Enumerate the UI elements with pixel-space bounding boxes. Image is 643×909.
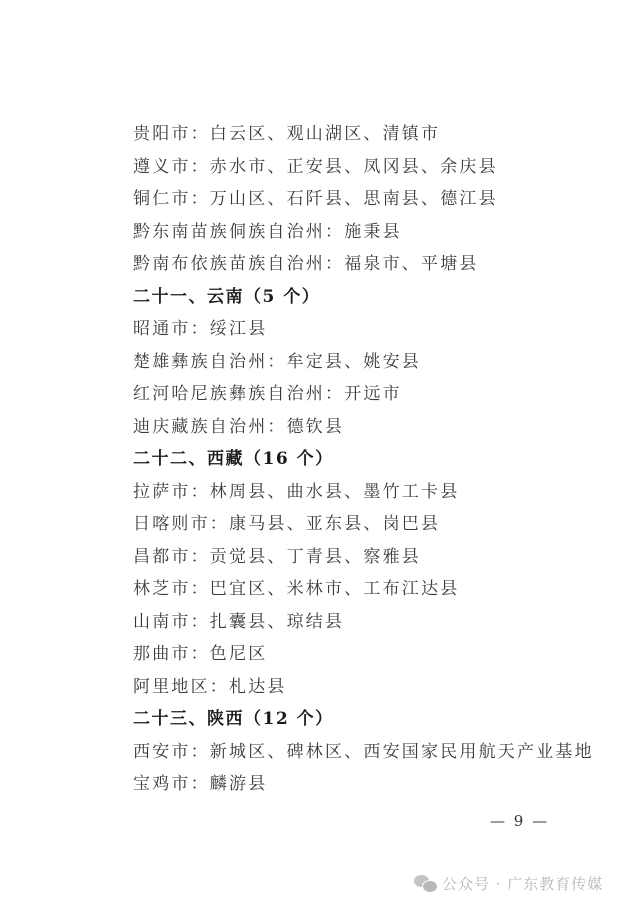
list-item: 铜仁市：万山区、石阡县、思南县、德江县 bbox=[133, 183, 594, 216]
watermark-text: 公众号 · 广东教育传媒 bbox=[442, 873, 603, 894]
watermark: 公众号 · 广东教育传媒 bbox=[414, 873, 603, 894]
section-heading-xizang: 二十二、西藏（16 个） bbox=[133, 443, 594, 476]
list-item: 红河哈尼族彝族自治州：开远市 bbox=[133, 378, 594, 411]
list-item: 黔东南苗族侗族自治州：施秉县 bbox=[133, 216, 594, 249]
list-item: 昭通市：绥江县 bbox=[133, 313, 594, 346]
list-item: 阿里地区：札达县 bbox=[133, 671, 594, 704]
list-item: 遵义市：赤水市、正安县、凤冈县、余庆县 bbox=[133, 151, 594, 184]
list-item: 楚雄彝族自治州：牟定县、姚安县 bbox=[133, 346, 594, 379]
list-item: 黔南布依族苗族自治州：福泉市、平塘县 bbox=[133, 248, 594, 281]
list-item: 昌都市：贡觉县、丁青县、察雅县 bbox=[133, 541, 594, 574]
section-heading-yunnan: 二十一、云南（5 个） bbox=[133, 281, 594, 314]
document-body: 贵阳市：白云区、观山湖区、清镇市 遵义市：赤水市、正安县、凤冈县、余庆县 铜仁市… bbox=[133, 118, 594, 801]
list-item: 西安市：新城区、碑林区、西安国家民用航天产业基地 bbox=[133, 736, 594, 769]
list-item: 贵阳市：白云区、观山湖区、清镇市 bbox=[133, 118, 594, 151]
list-item: 宝鸡市：麟游县 bbox=[133, 768, 594, 801]
list-item: 迪庆藏族自治州：德钦县 bbox=[133, 411, 594, 444]
list-item: 日喀则市：康马县、亚东县、岗巴县 bbox=[133, 508, 594, 541]
wechat-icon bbox=[414, 875, 438, 893]
list-item: 那曲市：色尼区 bbox=[133, 638, 594, 671]
section-heading-shaanxi: 二十三、陕西（12 个） bbox=[133, 703, 594, 736]
list-item: 拉萨市：林周县、曲水县、墨竹工卡县 bbox=[133, 476, 594, 509]
document-page: 贵阳市：白云区、观山湖区、清镇市 遵义市：赤水市、正安县、凤冈县、余庆县 铜仁市… bbox=[0, 0, 643, 909]
list-item: 林芝市：巴宜区、米林市、工布江达县 bbox=[133, 573, 594, 606]
page-number: — 9 — bbox=[490, 812, 549, 830]
list-item: 山南市：扎囊县、琼结县 bbox=[133, 606, 594, 639]
